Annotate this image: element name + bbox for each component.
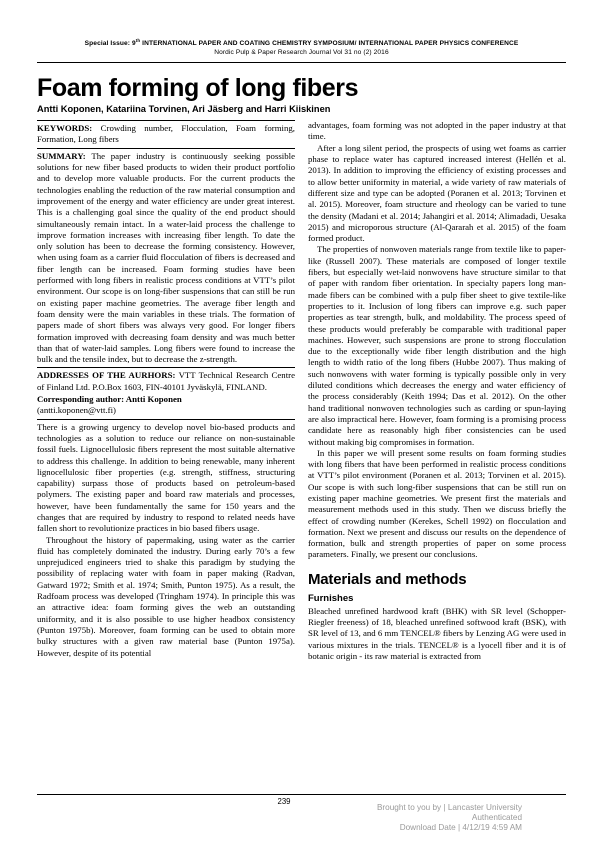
addresses-label: ADDRESSES OF THE AURHORS:: [37, 370, 175, 380]
summary-label: SUMMARY:: [37, 151, 86, 161]
intro-paragraph-2: Throughout the history of papermaking, u…: [37, 535, 295, 659]
addresses-top-divider: [37, 367, 295, 368]
intro-paragraph-4: The properties of nonwoven materials ran…: [308, 244, 566, 447]
addresses-block: ADDRESSES OF THE AURHORS: VTT Technical …: [37, 370, 295, 393]
footer-divider: [37, 794, 566, 795]
intro-paragraph-1: There is a growing urgency to develop no…: [37, 422, 295, 535]
journal-volume-line: Nordic Pulp & Paper Research Journal Vol…: [37, 48, 566, 57]
article-authors: Antti Koponen, Katariina Torvinen, Ari J…: [37, 104, 566, 115]
corresponding-author-email: (antti.koponen@vtt.fi): [37, 405, 116, 415]
corresponding-author-block: Corresponding author: Antti Koponen(antt…: [37, 394, 295, 417]
right-column: advantages, foam forming was not adopted…: [308, 118, 566, 794]
two-column-body: KEYWORDS: Crowding number, Flocculation,…: [37, 118, 566, 794]
page-content: Special Issue: 9th INTERNATIONAL PAPER A…: [37, 0, 566, 794]
journal-masthead: Special Issue: 9th INTERNATIONAL PAPER A…: [37, 36, 566, 57]
intro-top-divider: [37, 419, 295, 420]
special-issue-line: Special Issue: 9th INTERNATIONAL PAPER A…: [37, 36, 566, 48]
paper-page: Special Issue: 9th INTERNATIONAL PAPER A…: [0, 0, 595, 842]
masthead-divider: [37, 62, 566, 63]
provenance-line-2: Authenticated: [377, 813, 522, 823]
article-title: Foam forming of long fibers: [37, 75, 566, 102]
download-provenance: Brought to you by | Lancaster University…: [377, 803, 522, 833]
summary-text: The paper industry is continuously seeki…: [37, 151, 295, 364]
intro-paragraph-3: After a long silent period, the prospect…: [308, 143, 566, 245]
special-issue-rest: INTERNATIONAL PAPER AND COATING CHEMISTR…: [140, 40, 518, 47]
left-column: KEYWORDS: Crowding number, Flocculation,…: [37, 118, 295, 794]
provenance-line-1: Brought to you by | Lancaster University: [377, 803, 522, 813]
intro-paragraph-5: In this paper we will present some resul…: [308, 448, 566, 561]
section-heading-materials-and-methods: Materials and methods: [308, 571, 566, 588]
provenance-line-3: Download Date | 4/12/19 4:59 AM: [377, 823, 522, 833]
furnishes-paragraph: Bleached unrefined hardwood kraft (BHK) …: [308, 606, 566, 662]
special-issue-prefix: Special Issue: 9: [85, 40, 136, 47]
intro-paragraph-2-continued: advantages, foam forming was not adopted…: [308, 120, 566, 143]
page-footer: 239 Brought to you by | Lancaster Univer…: [37, 794, 566, 806]
keywords-top-divider: [37, 120, 295, 121]
subsection-heading-furnishes: Furnishes: [308, 593, 566, 604]
corresponding-author-label: Corresponding author: Antti Koponen: [37, 394, 182, 404]
keywords-block: KEYWORDS: Crowding number, Flocculation,…: [37, 123, 295, 146]
summary-top-divider: [37, 148, 295, 149]
keywords-label: KEYWORDS:: [37, 123, 92, 133]
summary-block: SUMMARY: The paper industry is continuou…: [37, 151, 295, 366]
